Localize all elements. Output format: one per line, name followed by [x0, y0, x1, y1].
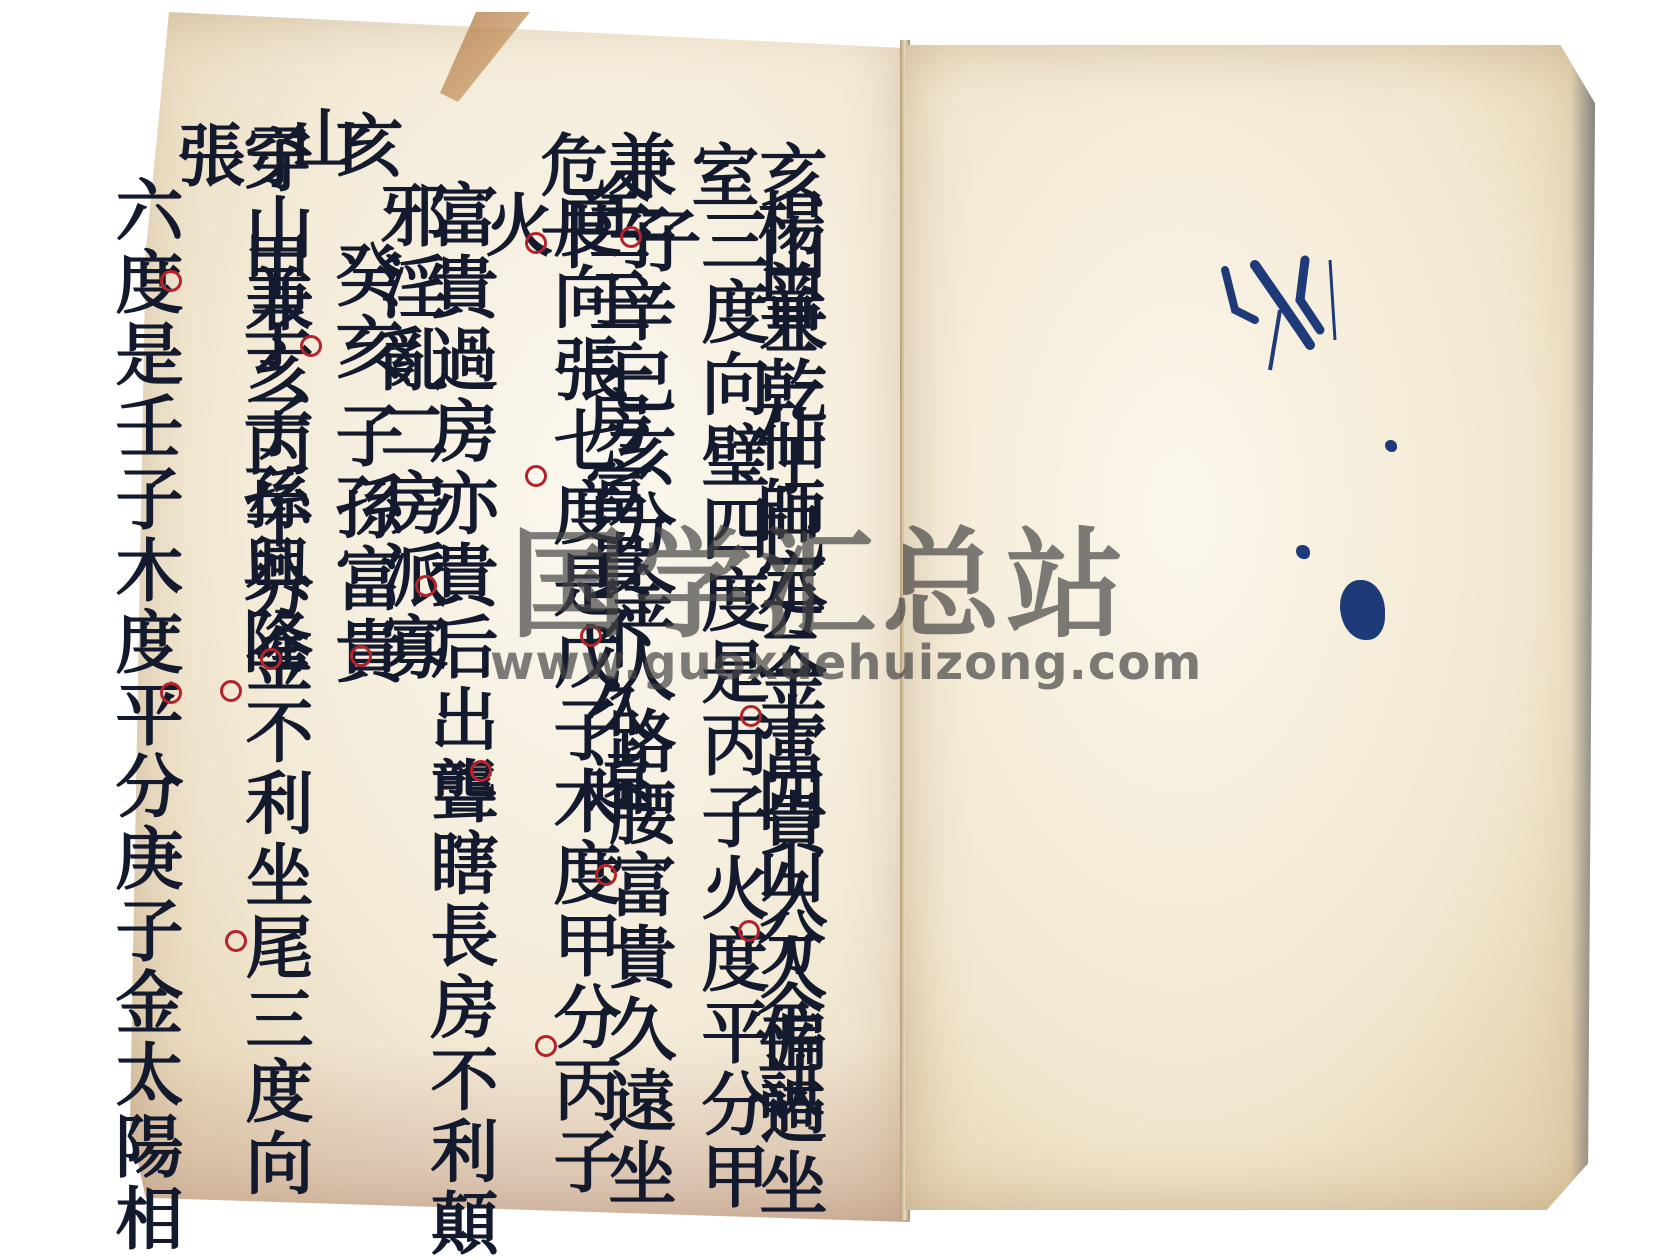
- column-12: 六度是壬子木度平分庚子金太陽相: [110, 175, 178, 1255]
- manuscript-spread: 楊曾二仙師定二十四山分金訣 亥山兼乾丁巳分金富貴久人偏過坐室 三度向璧四度是丙子…: [0, 0, 1680, 1260]
- ink-scribble-icon: [1210, 250, 1340, 390]
- red-circle-mark: [260, 648, 282, 670]
- column-6: 度向張七度是戊子木度甲分丙子火: [480, 190, 616, 1260]
- red-circle-mark: [525, 232, 547, 254]
- red-circle-mark: [620, 226, 642, 248]
- page-edge-shadow: [1571, 45, 1595, 1210]
- red-circle-mark: [160, 270, 182, 292]
- red-circle-mark: [525, 465, 547, 487]
- red-circle-mark: [415, 575, 437, 597]
- column-9-middle: 癸亥: [330, 240, 398, 384]
- red-circle-mark: [470, 760, 492, 782]
- red-circle-mark: [220, 680, 242, 702]
- red-circle-mark: [580, 625, 602, 647]
- red-circle-mark: [535, 1035, 557, 1057]
- red-circle-mark: [738, 920, 760, 942]
- red-circle-mark: [350, 645, 372, 667]
- red-circle-mark: [740, 705, 762, 727]
- red-circle-mark: [595, 864, 617, 886]
- ink-spot: [1385, 440, 1397, 452]
- ink-spot: [1296, 545, 1310, 559]
- red-circle-mark: [225, 930, 247, 952]
- red-circle-mark: [160, 682, 182, 704]
- right-page: [905, 45, 1595, 1210]
- red-circle-mark: [300, 335, 322, 357]
